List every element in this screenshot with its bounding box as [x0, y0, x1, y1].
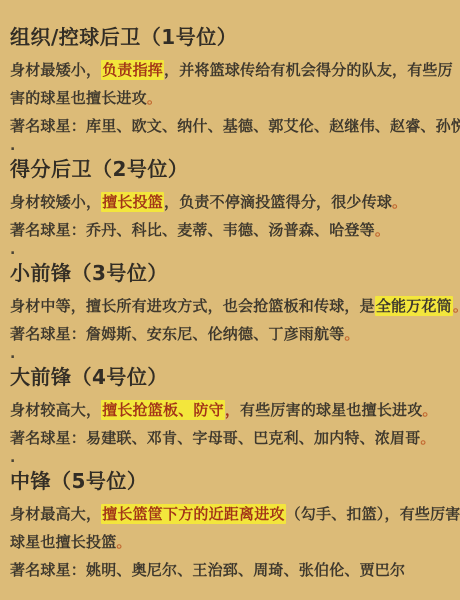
fullstop-mark: 。: [453, 297, 460, 315]
text-run: 著名球星：詹姆斯、安东尼、伦纳德、丁彦雨航等。: [10, 325, 360, 343]
section-separator-dot: .: [10, 453, 450, 467]
text-line: 身材最高大，擅长篮筐下方的近距离进攻（勾手、扣篮），有些厉害: [10, 500, 450, 528]
text-line: 身材最矮小，负责指挥，并将篮球传给有机会得分的队友，有些厉: [10, 56, 450, 84]
text-line: 害的球星也擅长进攻。: [10, 84, 450, 112]
highlighted-phrase: 全能万花筒: [375, 296, 453, 316]
text-run: 著名球星：乔丹、科比、麦蒂、韦德、汤普森、哈登等: [10, 221, 375, 239]
text-run: 著名球星：姚明、奥尼尔、王治郅、周琦、张伯伦、贾巴尔: [10, 561, 405, 579]
text-line: 著名球星：詹姆斯、安东尼、伦纳德、丁彦雨航等。: [10, 320, 450, 348]
text-run: ，负责不停滴投篮得分，很少传球。: [164, 193, 407, 211]
fullstop-mark: 。: [375, 221, 390, 239]
fullstop-mark: 。: [147, 89, 162, 107]
text-run: 球星也擅长投篮。: [10, 533, 132, 551]
position-section: 小前锋（3号位）身材中等，擅长所有进攻方式，也会抢篮板和传球，是全能万花筒。著名…: [10, 260, 450, 348]
position-section: 大前锋（4号位）身材较高大，擅长抢篮板、防守，有些厉害的球星也擅长进攻。著名球星…: [10, 364, 450, 452]
fullstop-mark: 。: [422, 401, 437, 419]
text-line: 身材较矮小，擅长投篮，负责不停滴投篮得分，很少传球。: [10, 188, 450, 216]
text-run: ，: [225, 401, 240, 419]
section-title: 中锋（5号位）: [10, 468, 450, 494]
text-run: 著名球星：易建联、邓肯、字母哥、巴克利、加内特、浓眉哥: [10, 429, 420, 447]
text-run: 球星也擅长投篮: [10, 533, 116, 551]
text-line: 著名球星：乔丹、科比、麦蒂、韦德、汤普森、哈登等。: [10, 216, 450, 244]
highlighted-phrase: 擅长篮筐下方的近距离进攻: [101, 504, 285, 524]
text-line: 著名球星：易建联、邓肯、字母哥、巴克利、加内特、浓眉哥。: [10, 424, 450, 452]
text-run: ，并将篮球传给有机会得分的队友，有些厉: [164, 61, 453, 79]
section-title: 大前锋（4号位）: [10, 364, 450, 390]
text-run: 有些厉害的球星也擅长进攻。: [240, 401, 438, 419]
position-section: 中锋（5号位）身材最高大，擅长篮筐下方的近距离进攻（勾手、扣篮），有些厉害球星也…: [10, 468, 450, 584]
text-run: 著名球星：库里、欧文、纳什、基德、郭艾伦、赵继伟、赵睿、孙悦等。: [10, 117, 460, 135]
text-run: 身材最高大，: [10, 505, 101, 523]
text-run: 身材较矮小，: [10, 193, 101, 211]
highlighted-phrase: 擅长抢篮板、防守: [101, 400, 225, 420]
fullstop-mark: 。: [392, 193, 407, 211]
text-run: （勾手、扣篮），有些厉害: [286, 505, 460, 523]
section-separator-dot: .: [10, 141, 450, 155]
fullstop-mark: 。: [420, 429, 435, 447]
section-separator-dot: .: [10, 245, 450, 259]
position-section: 组织/控球后卫（1号位）身材最矮小，负责指挥，并将篮球传给有机会得分的队友，有些…: [10, 24, 450, 140]
highlighted-phrase: 擅长投篮: [101, 192, 164, 212]
text-run: 有些厉害的球星也擅长进攻: [240, 401, 422, 419]
text-run: 著名球星：易建联、邓肯、字母哥、巴克利、加内特、浓眉哥。: [10, 429, 436, 447]
text-run: 著名球星：詹姆斯、安东尼、伦纳德、丁彦雨航等: [10, 325, 344, 343]
text-run: 身材中等，擅长所有进攻方式，也会抢篮板和传球，是: [10, 297, 375, 315]
text-run: 身材最矮小，: [10, 61, 101, 79]
text-run: 身材较高大，: [10, 401, 101, 419]
text-run: 害的球星也擅长进攻: [10, 89, 147, 107]
text-line: 著名球星：姚明、奥尼尔、王治郅、周琦、张伯伦、贾巴尔: [10, 556, 450, 584]
text-line: 身材中等，擅长所有进攻方式，也会抢篮板和传球，是全能万花筒。: [10, 292, 450, 320]
text-line: 身材较高大，擅长抢篮板、防守，有些厉害的球星也擅长进攻。: [10, 396, 450, 424]
fullstop-mark: 。: [344, 325, 359, 343]
fullstop-mark: 。: [116, 533, 131, 551]
text-run: ，负责不停滴投篮得分，很少传球: [164, 193, 392, 211]
content: 组织/控球后卫（1号位）身材最矮小，负责指挥，并将篮球传给有机会得分的队友，有些…: [10, 24, 450, 584]
position-section: 得分后卫（2号位）身材较矮小，擅长投篮，负责不停滴投篮得分，很少传球。著名球星：…: [10, 156, 450, 244]
section-separator-dot: .: [10, 349, 450, 363]
section-title: 组织/控球后卫（1号位）: [10, 24, 450, 50]
text-run: 害的球星也擅长进攻。: [10, 89, 162, 107]
highlighted-phrase: 负责指挥: [101, 60, 164, 80]
text-run: 。: [453, 297, 460, 315]
text-run: 著名球星：乔丹、科比、麦蒂、韦德、汤普森、哈登等。: [10, 221, 390, 239]
section-title: 小前锋（3号位）: [10, 260, 450, 286]
text-line: 著名球星：库里、欧文、纳什、基德、郭艾伦、赵继伟、赵睿、孙悦等。: [10, 112, 450, 140]
text-run: 著名球星：库里、欧文、纳什、基德、郭艾伦、赵继伟、赵睿、孙悦等: [10, 117, 460, 135]
text-line: 球星也擅长投篮。: [10, 528, 450, 556]
section-title: 得分后卫（2号位）: [10, 156, 450, 182]
